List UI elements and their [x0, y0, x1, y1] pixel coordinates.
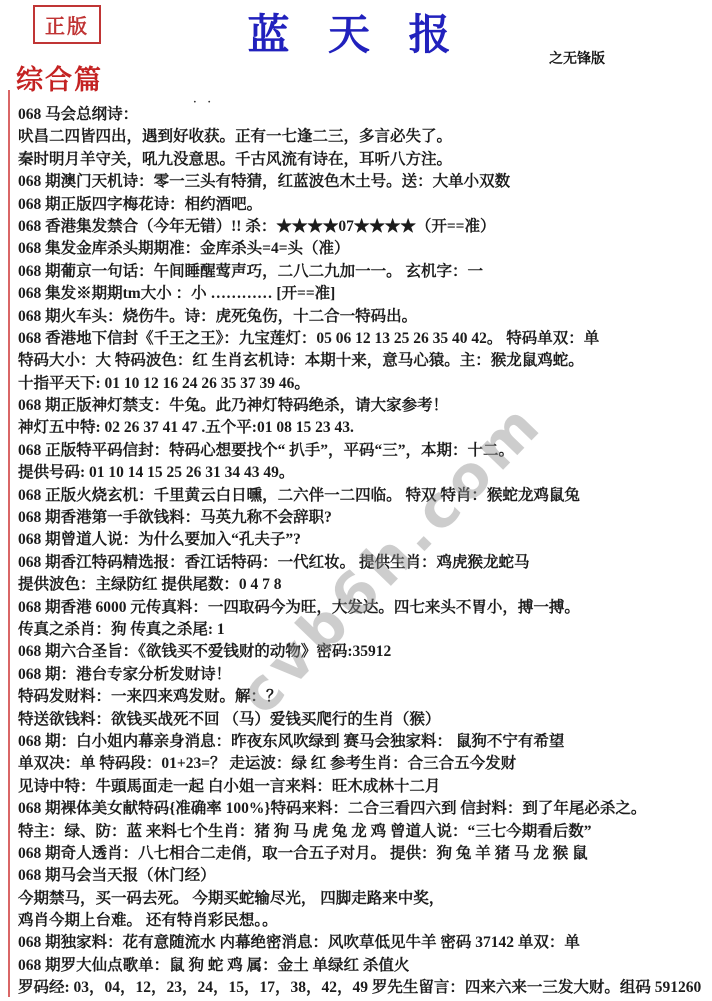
text-line: 见诗中特：牛頭馬面走一起 白小姐一言来料：旺木成林十二月 — [18, 776, 706, 798]
text-line: 特送欲钱料：欲钱买战死不回 （马）爱钱买爬行的生肖（猴） — [18, 709, 706, 731]
text-line: 提供号码: 01 10 14 15 25 26 31 34 43 49。 — [18, 462, 706, 484]
text-line: 068 期裸体美女献特码{准确率 100%}特码来料：二合三看四六到 信封料：到… — [18, 798, 706, 820]
text-line: 068 期澳门天机诗：零一三头有特猜，红蓝波色木土号。送：大单小双数 — [18, 171, 706, 193]
text-line: 068 期奇人透肖：八七相合二走俏，取一合五子对月。 提供：狗 兔 羊 猪 马 … — [18, 843, 706, 865]
section-title: 综合篇 — [16, 58, 103, 97]
text-line: 068 期火车头：烧伤牛。诗：虎死兔伤，十二合一特码出。 — [18, 306, 706, 328]
text-line: 068 马会总纲诗： — [18, 104, 706, 126]
text-line: 神灯五中特: 02 26 37 41 47 .五个平:01 08 15 23 4… — [18, 417, 706, 439]
text-line: 068 期马会当天报（休门经） — [18, 865, 706, 887]
tips-text-block: 068 马会总纲诗：吠昌二四皆四出，遇到好收获。正有一七逢二三，多言必失了。秦时… — [18, 104, 706, 1000]
text-line: 068 集发金库杀头期期准：金库杀头=4=头（准） — [18, 238, 706, 260]
text-line: 068 期罗大仙点歌单：鼠 狗 蛇 鸡 属：金土 单绿红 杀值火 — [18, 955, 706, 977]
text-line: 068 期正版四字梅花诗：相约酒吧。 — [18, 194, 706, 216]
text-line: 068 期：港台专家分析发财诗！ — [18, 664, 706, 686]
text-line: 068 期：白小姐内幕亲身消息：昨夜东风吹绿到 赛马会独家料： 鼠狗不宁有希望 — [18, 731, 706, 753]
text-line: 068 期香港 6000 元传真料：一四取码今为旺，大发达。四七来头不胃小，搏一… — [18, 597, 706, 619]
text-line: 068 期正版神灯禁支：牛兔。此乃神灯特码绝杀，请大家参考！ — [18, 395, 706, 417]
text-line: 鸡肖今期上台难。 还有特肖彩民想。。 — [18, 910, 706, 932]
text-line: 068 期六合圣旨：《欲钱买不爱钱财的动物》密码:35912 — [18, 641, 706, 663]
text-line: 秦时明月羊守关，吼九没意思。千古风流有诗在，耳听八方注。 — [18, 149, 706, 171]
text-line: 068 期葡京一句话：午间睡醒莺声巧，二八二九加一一。 玄机字：一 — [18, 261, 706, 283]
text-line: 今期禁马，买一码去死。 今期买蛇输尽光， 四脚走路来中奖， — [18, 888, 706, 910]
left-margin-rule — [8, 90, 10, 997]
text-line: 十指平天下: 01 10 12 16 24 26 35 37 39 46。 — [18, 373, 706, 395]
edition-label: 之无锋版 — [549, 48, 605, 68]
text-line: 吠昌二四皆四出，遇到好收获。正有一七逢二三，多言必失了。 — [18, 126, 706, 148]
text-line: 提供波色：主绿防红 提供尾数：0 4 7 8 — [18, 574, 706, 596]
text-line: 068 期香港第一手欲钱料：马英九称不会辞职? — [18, 507, 706, 529]
text-line: 068 正版火烧玄机：千里黄云白日曛，二六伴一二四临。 特双 特肖：猴蛇龙鸡鼠兔 — [18, 485, 706, 507]
page-title: 蓝 天 报 — [0, 2, 712, 62]
text-line: 068 香港地下信封《千王之王》：九宝莲灯：05 06 12 13 25 26 … — [18, 328, 706, 350]
text-line: 068 正版特平码信封：特码心想要找个“ 扒手”，平码“三”，本期：十二。 — [18, 440, 706, 462]
text-line: 068 期香江特码精选报：香江话特码：一代红妆。 提供生肖：鸡虎猴龙蛇马 — [18, 552, 706, 574]
text-line: 特码发财料：一来四来鸡发财。解：？ — [18, 686, 706, 708]
text-line: 单双决：单 特码段：01+23=？ 走运波：绿 红 参考生肖：合三合五今发财 — [18, 753, 706, 775]
page-header: 正版 蓝 天 报 之无锋版 综合篇 · · — [0, 0, 712, 104]
text-line: 068 香港集发禁合（今年无错）!! 杀：★★★★07★★★★（开==准） — [18, 216, 706, 238]
text-line: 068 期曾道人说：为什么要加入“孔夫子”? — [18, 529, 706, 551]
text-line: 特码大小：大 特码波色：红 生肖玄机诗：本期十来，意马心猿。主：猴龙鼠鸡蛇。 — [18, 350, 706, 372]
text-line: 068 期独家料：花有意随流水 内幕绝密消息：风吹草低见牛羊 密码 37142 … — [18, 932, 706, 954]
text-line: 068 集发※期期tm大小 ：小 ………… [开==准] — [18, 283, 706, 305]
text-line: 罗码经: 03，04，12，23，24，15，17，38，42，49 罗先生留言… — [18, 977, 706, 999]
text-line: 特主：绿、防：蓝 来料七个生肖：猪 狗 马 虎 兔 龙 鸡 曾道人说：“三七今期… — [18, 821, 706, 843]
text-line: 传真之杀肖：狗 传真之杀尾: 1 — [18, 619, 706, 641]
newspaper-page: 正版 蓝 天 报 之无锋版 综合篇 · · 068 马会总纲诗：吠昌二四皆四出，… — [0, 0, 712, 1001]
